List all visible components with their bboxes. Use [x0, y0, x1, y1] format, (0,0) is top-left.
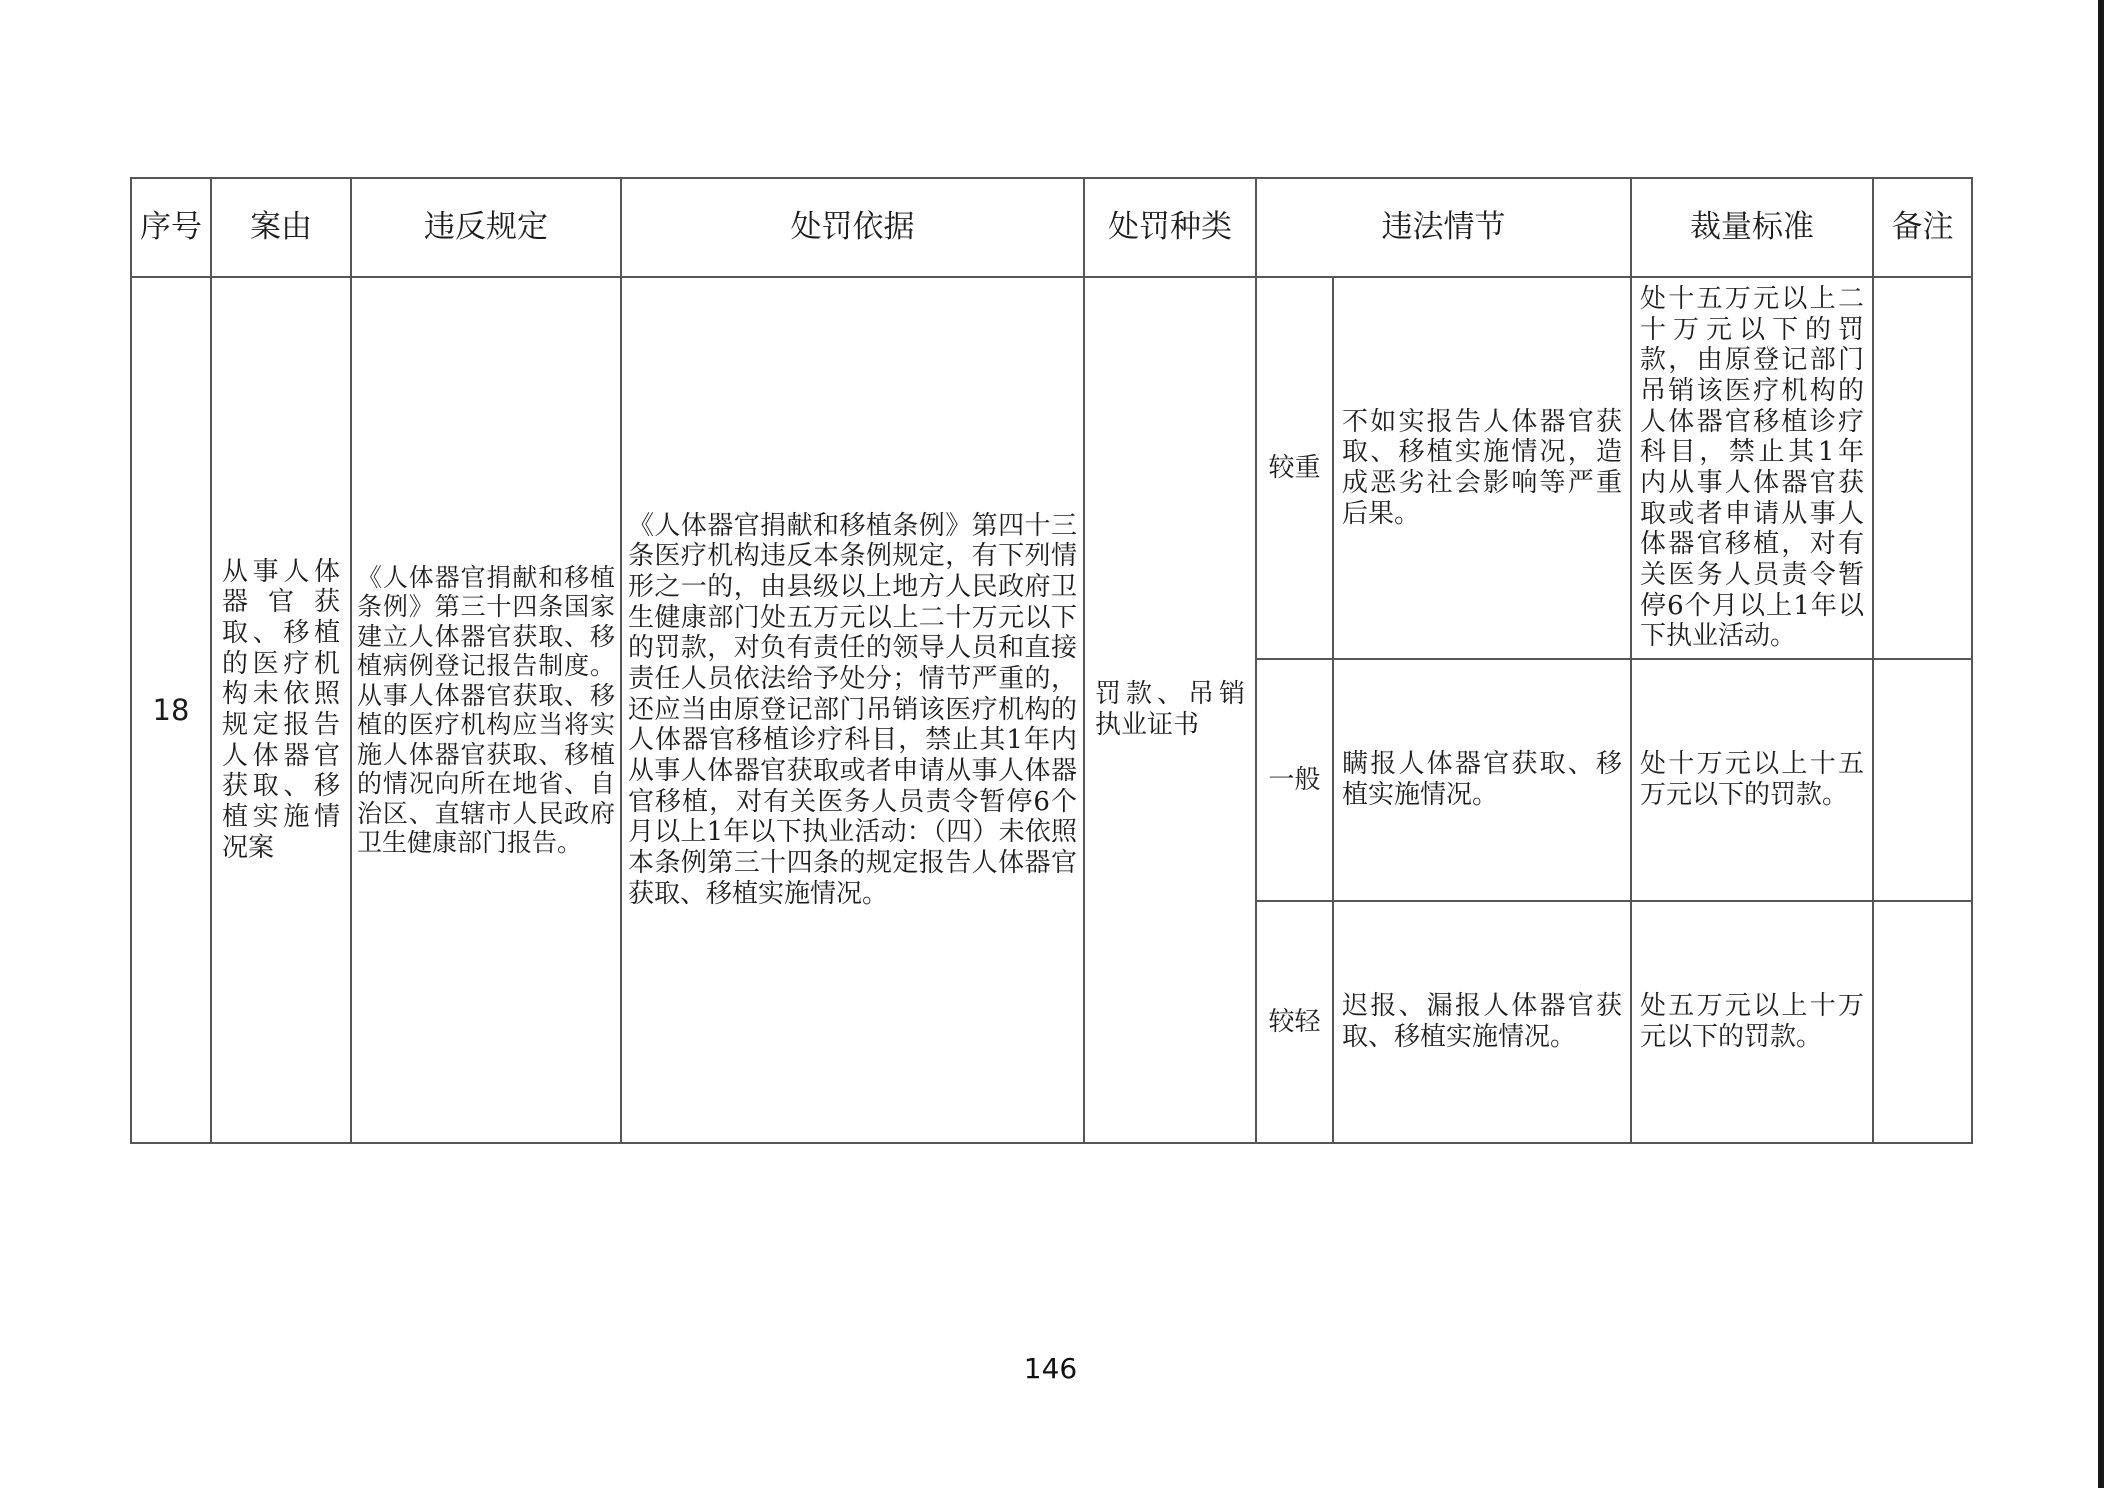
standard-cell: 处十五万元以上二十万元以下的罚款，由原登记部门吊销该医疗机构的人体器官移植诊疗科… [1631, 277, 1873, 659]
header-illegal-circumstances: 违法情节 [1256, 178, 1631, 277]
severity-cell: 较重 [1256, 277, 1333, 659]
circumstance-cell: 不如实报告人体器官获取、移植实施情况，造成恶劣社会影响等严重后果。 [1333, 277, 1631, 659]
circumstance-cell: 迟报、漏报人体器官获取、移植实施情况。 [1333, 901, 1631, 1143]
header-penalty-basis: 处罚依据 [621, 178, 1084, 277]
header-cause: 案由 [211, 178, 351, 277]
table-header-row: 序号 案由 违反规定 处罚依据 处罚种类 违法情节 裁量标准 备注 [131, 178, 1972, 277]
document-page: 序号 案由 违反规定 处罚依据 处罚种类 违法情节 裁量标准 备注 18 从事人… [0, 0, 2104, 1488]
severity-cell: 较轻 [1256, 901, 1333, 1143]
standard-cell: 处五万元以上十万元以下的罚款。 [1631, 901, 1873, 1143]
remark-cell [1873, 659, 1972, 901]
header-discretion-standard: 裁量标准 [1631, 178, 1873, 277]
header-remarks: 备注 [1873, 178, 1972, 277]
penalty-standards-table: 序号 案由 违反规定 处罚依据 处罚种类 违法情节 裁量标准 备注 18 从事人… [130, 177, 1973, 1144]
remark-cell [1873, 277, 1972, 659]
header-violated-provision: 违反规定 [351, 178, 621, 277]
remark-cell [1873, 901, 1972, 1143]
circumstance-cell: 瞒报人体器官获取、移植实施情况。 [1333, 659, 1631, 901]
cell-penalty-type: 罚款、吊销执业证书 [1084, 277, 1256, 1143]
cell-penalty-basis: 《人体器官捐献和移植条例》第四十三条医疗机构违反本条例规定，有下列情形之一的，由… [621, 277, 1084, 1143]
severity-cell: 一般 [1256, 659, 1333, 901]
header-serial: 序号 [131, 178, 211, 277]
table-row: 18 从事人体器官获取、移植的医疗机构未依照规定报告人体器官获取、移植实施情况案… [131, 277, 1972, 659]
cell-violated-provision: 《人体器官捐献和移植条例》第三十四条国家建立人体器官获取、移植病例登记报告制度。… [351, 277, 621, 1143]
cell-cause-of-case: 从事人体器官获取、移植的医疗机构未依照规定报告人体器官获取、移植实施情况案 [211, 277, 351, 1143]
scan-edge-strip [2098, 0, 2104, 1488]
cell-serial-number: 18 [131, 277, 211, 1143]
header-penalty-type: 处罚种类 [1084, 178, 1256, 277]
standard-cell: 处十万元以上十五万元以下的罚款。 [1631, 659, 1873, 901]
page-number: 146 [130, 1352, 1971, 1385]
